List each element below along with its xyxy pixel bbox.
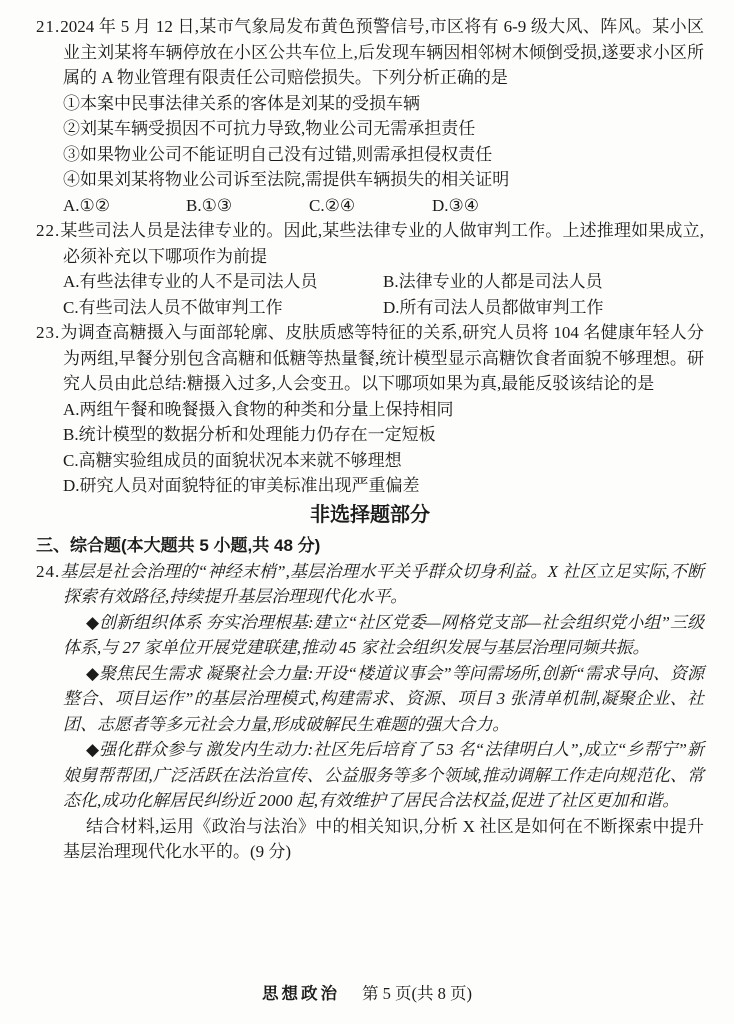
question-23: 23.为调查高糖摄入与面部轮廓、皮肤质感等特征的关系,研究人员将 104 名健康… [36,320,704,499]
q21-stem-text: 2024 年 5 月 12 日,某市气象局发布黄色预警信号,市区将有 6-9 级… [60,17,704,87]
q21-choice-d: D.③④ [432,193,479,219]
q21-item-2: ②刘某车辆受损因不可抗力导致,物业公司无需承担责任 [36,116,704,142]
q24-stem: 24.基层是社会治理的“神经末梢”,基层治理水平关乎群众切身利益。X 社区立足实… [36,559,704,610]
exam-content: 21.2024 年 5 月 12 日,某市气象局发布黄色预警信号,市区将有 6-… [36,14,704,865]
q21-choice-c: C.②④ [309,193,432,219]
question-24: 24.基层是社会治理的“神经末梢”,基层治理水平关乎群众切身利益。X 社区立足实… [36,559,704,865]
section-subtitle: 三、综合题(本大题共 5 小题,共 48 分) [36,532,704,559]
question-21: 21.2024 年 5 月 12 日,某市气象局发布黄色预警信号,市区将有 6-… [36,14,704,218]
q24-number: 24. [36,562,60,581]
q21-choices: A.①② B.①③ C.②④ D.③④ [36,193,704,219]
q22-number: 22. [36,221,60,240]
q21-choice-b: B.①③ [186,193,309,219]
q21-item-1: ①本案中民事法律关系的客体是刘某的受损车辆 [36,91,704,117]
footer-subject: 思想政治 [262,985,340,1003]
q24-intro-text: 基层是社会治理的“神经末梢”,基层治理水平关乎群众切身利益。X 社区立足实际,不… [60,562,704,607]
q23-number: 23. [36,323,60,342]
q21-number: 21. [36,17,60,36]
q24-task: 结合材料,运用《政治与法治》中的相关知识,分析 X 社区是如何在不断探索中提升基… [36,814,704,865]
question-22: 22.某些司法人员是法律专业的。因此,某些法律专业的人做审判工作。上述推理如果成… [36,218,704,320]
page-footer: 思想政治第 5 页(共 8 页) [0,984,734,1004]
q23-choice-c: C.高糖实验组成员的面貌状况本来就不够理想 [36,448,704,474]
exam-page: 21.2024 年 5 月 12 日,某市气象局发布黄色预警信号,市区将有 6-… [0,0,734,1024]
q22-choice-c: C.有些司法人员不做审判工作 [63,295,383,321]
q21-choice-a: A.①② [63,193,186,219]
q24-bullet-1: ◆创新组织体系 夯实治理根基:建立“社区党委—网格党支部—社会组织党小组”三级体… [36,610,704,661]
q21-item-3: ③如果物业公司不能证明自己没有过错,则需承担侵权责任 [36,142,704,168]
q24-bullet-3: ◆强化群众参与 激发内生动力:社区先后培育了 53 名“法律明白人”,成立“乡帮… [36,737,704,814]
q22-choice-d: D.所有司法人员都做审判工作 [383,295,704,321]
q22-choice-b: B.法律专业的人都是司法人员 [383,269,704,295]
q23-stem: 23.为调查高糖摄入与面部轮廓、皮肤质感等特征的关系,研究人员将 104 名健康… [36,320,704,397]
q21-stem: 21.2024 年 5 月 12 日,某市气象局发布黄色预警信号,市区将有 6-… [36,14,704,91]
section-title: 非选择题部分 [36,499,704,532]
q22-choices: A.有些法律专业的人不是司法人员 B.法律专业的人都是司法人员 C.有些司法人员… [36,269,704,320]
q23-stem-text: 为调查高糖摄入与面部轮廓、皮肤质感等特征的关系,研究人员将 104 名健康年轻人… [60,323,704,393]
q23-choice-d: D.研究人员对面貌特征的审美标准出现严重偏差 [36,473,704,499]
q22-stem: 22.某些司法人员是法律专业的。因此,某些法律专业的人做审判工作。上述推理如果成… [36,218,704,269]
q22-choice-a: A.有些法律专业的人不是司法人员 [63,269,383,295]
q24-bullet-2: ◆聚焦民生需求 凝聚社会力量:开设“楼道议事会”等问需场所,创新“需求导向、资源… [36,661,704,738]
q23-choice-b: B.统计模型的数据分析和处理能力仍存在一定短板 [36,422,704,448]
q21-item-4: ④如果刘某将物业公司诉至法院,需提供车辆损失的相关证明 [36,167,704,193]
q22-stem-text: 某些司法人员是法律专业的。因此,某些法律专业的人做审判工作。上述推理如果成立,必… [60,221,704,266]
footer-page-info: 第 5 页(共 8 页) [362,984,472,1003]
q23-choice-a: A.两组午餐和晚餐摄入食物的种类和分量上保持相同 [36,397,704,423]
